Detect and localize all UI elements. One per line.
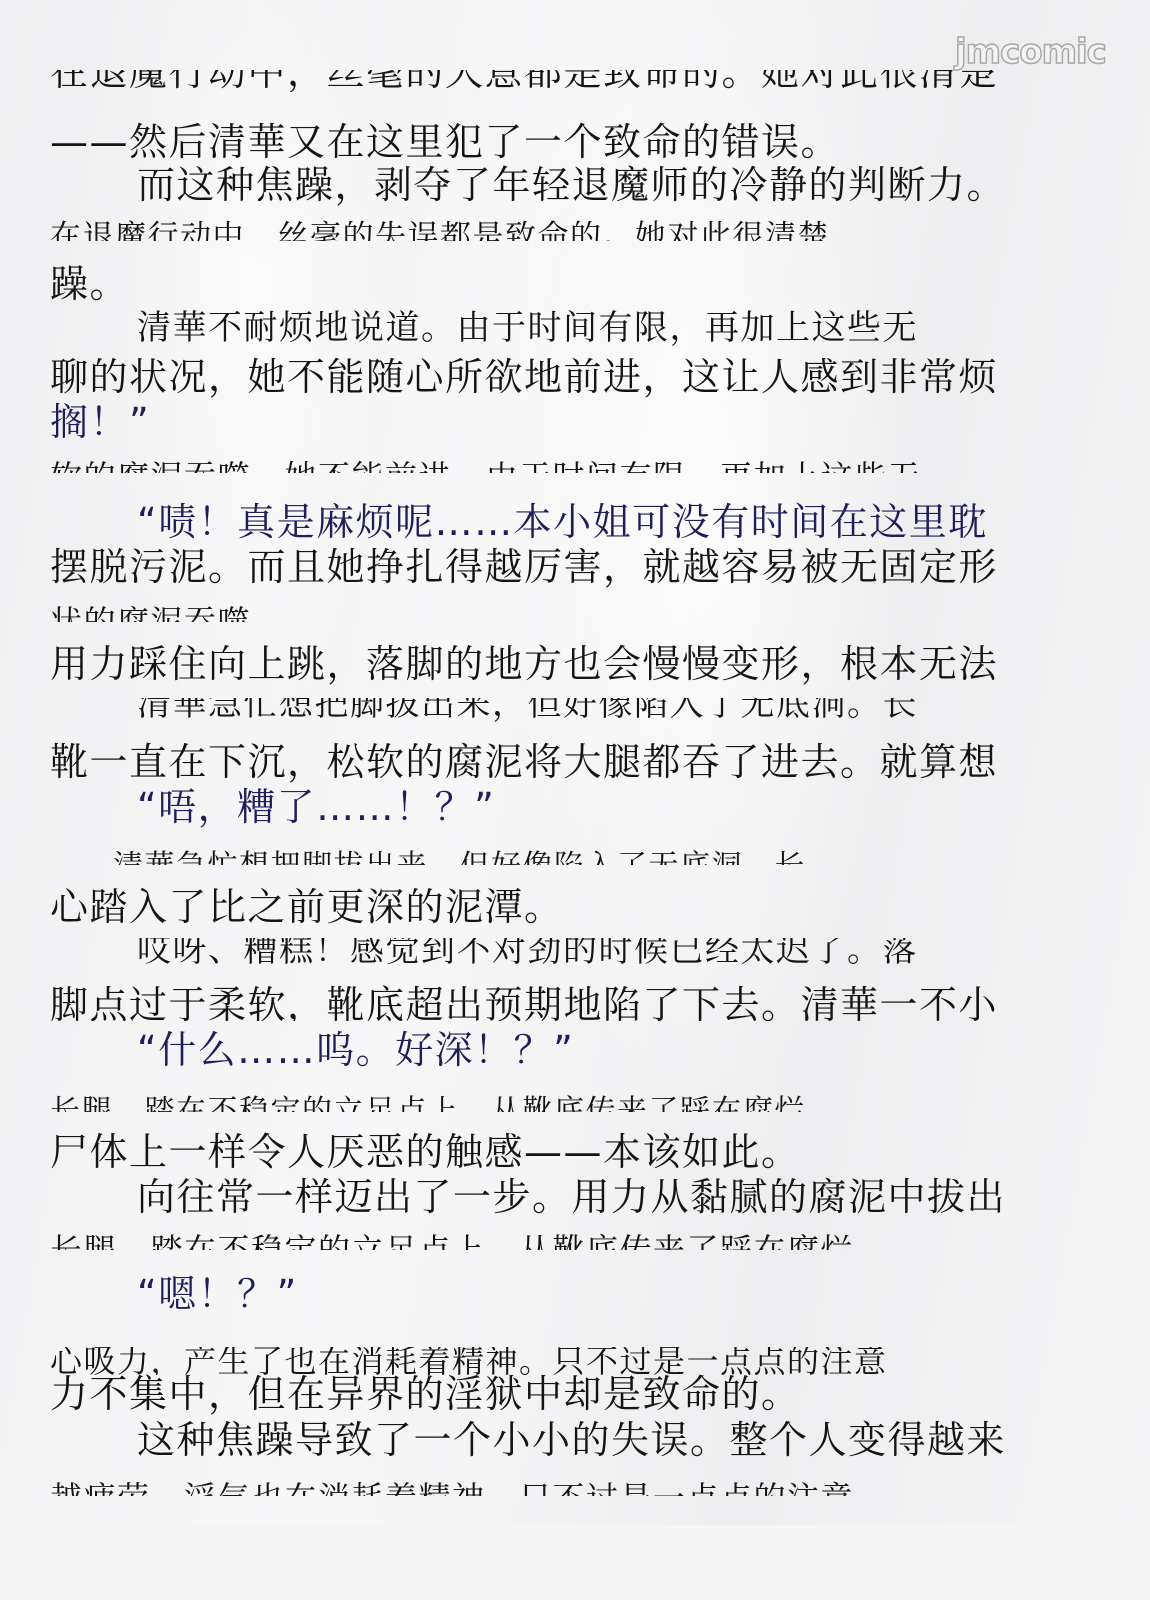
dialogue-line: “唔，糟了……！？” [50, 785, 1100, 829]
text-line: 摆脱污泥。而且她挣扎得越厉害，就越容易被无固定形 [50, 545, 1100, 589]
dialogue-line: “啧！真是麻烦呢……本小姐可没有时间在这里耽 [50, 500, 1100, 544]
watermark-logo: jmcomic [955, 32, 1106, 72]
text-line: 在退魔行动中，丝毫的大意都是致命的。她对此很清楚 [50, 70, 1100, 92]
dialogue-line: “什么……呜。好深！？” [50, 1028, 1100, 1072]
text-line: 越疲劳，淫气也在消耗着精神，只不过是一点点的注意 [50, 1476, 1100, 1496]
text-line: 躁。 [50, 262, 1100, 306]
text-line: 哎呀、糟糕！感觉到不对劲的时候已经太迟了。落 [50, 938, 1100, 966]
text-line: 清華不耐烦地说道。由于时间有限，再加上这些无 [50, 310, 1100, 350]
text-line: 靴一直在下沉，松软的腐泥将大腿都吞了进去。就算想 [50, 740, 1100, 784]
text-line: 尸体上一样令人厌恶的触感——本该如此。 [50, 1130, 1100, 1174]
text-line: 心踏入了比之前更深的泥潭。 [50, 885, 1100, 929]
text-line: 软的腐泥吞噬，她不能前进，由于时间有限，再加上这些无 [50, 455, 1100, 473]
text-line: 而这种焦躁，剥夺了年轻退魔师的冷静的判断力。 [50, 163, 1100, 207]
text-line: ——然后清華又在这里犯了一个致命的错误。 [50, 120, 1100, 164]
text-line: ……清華急忙想把脚拔出来，但好像陷入了无底洞，长 [50, 845, 1100, 865]
dialogue-line: 搁！” [50, 400, 1100, 444]
page-bottom-margin [0, 1525, 1150, 1600]
dialogue-line: “嗯！？” [50, 1272, 1100, 1316]
text-line: 这种焦躁导致了一个小小的失误。整个人变得越来 [50, 1418, 1100, 1462]
text-line: 在退魔行动中，丝毫的失误都是致命的。她对此很清楚 [50, 215, 1100, 241]
text-line: 力不集中，但在异界的淫狱中却是致命的。 [50, 1372, 1100, 1416]
text-line: 向往常一样迈出了一步。用力从黏腻的腐泥中拔出 [50, 1175, 1100, 1219]
text-line: 心吸力，产生了也在消耗着精神。只不过是一点点的注意 [50, 1347, 1100, 1375]
text-line: 脚点过于柔软，靴底超出预期地陷了下去。清華一不小 [50, 983, 1100, 1021]
text-line: 清華急忙想把脚拔出来，但好像陷入了无底洞。长 [50, 698, 1100, 722]
text-line: 长腿，踏在不稳定的立足点上。从靴底传来了踩在腐烂 [50, 1228, 1100, 1250]
text-line: 用力踩住向上跳，落脚的地方也会慢慢变形，根本无法 [50, 642, 1100, 686]
text-line: 聊的状况，她不能随心所欲地前进，这让人感到非常烦 [50, 355, 1100, 399]
text-line: 状的腐泥吞噬。 [50, 600, 1100, 622]
text-line: 长腿，踏在不稳定的立足点上。从靴底传来了踩在腐烂 [50, 1090, 1100, 1112]
